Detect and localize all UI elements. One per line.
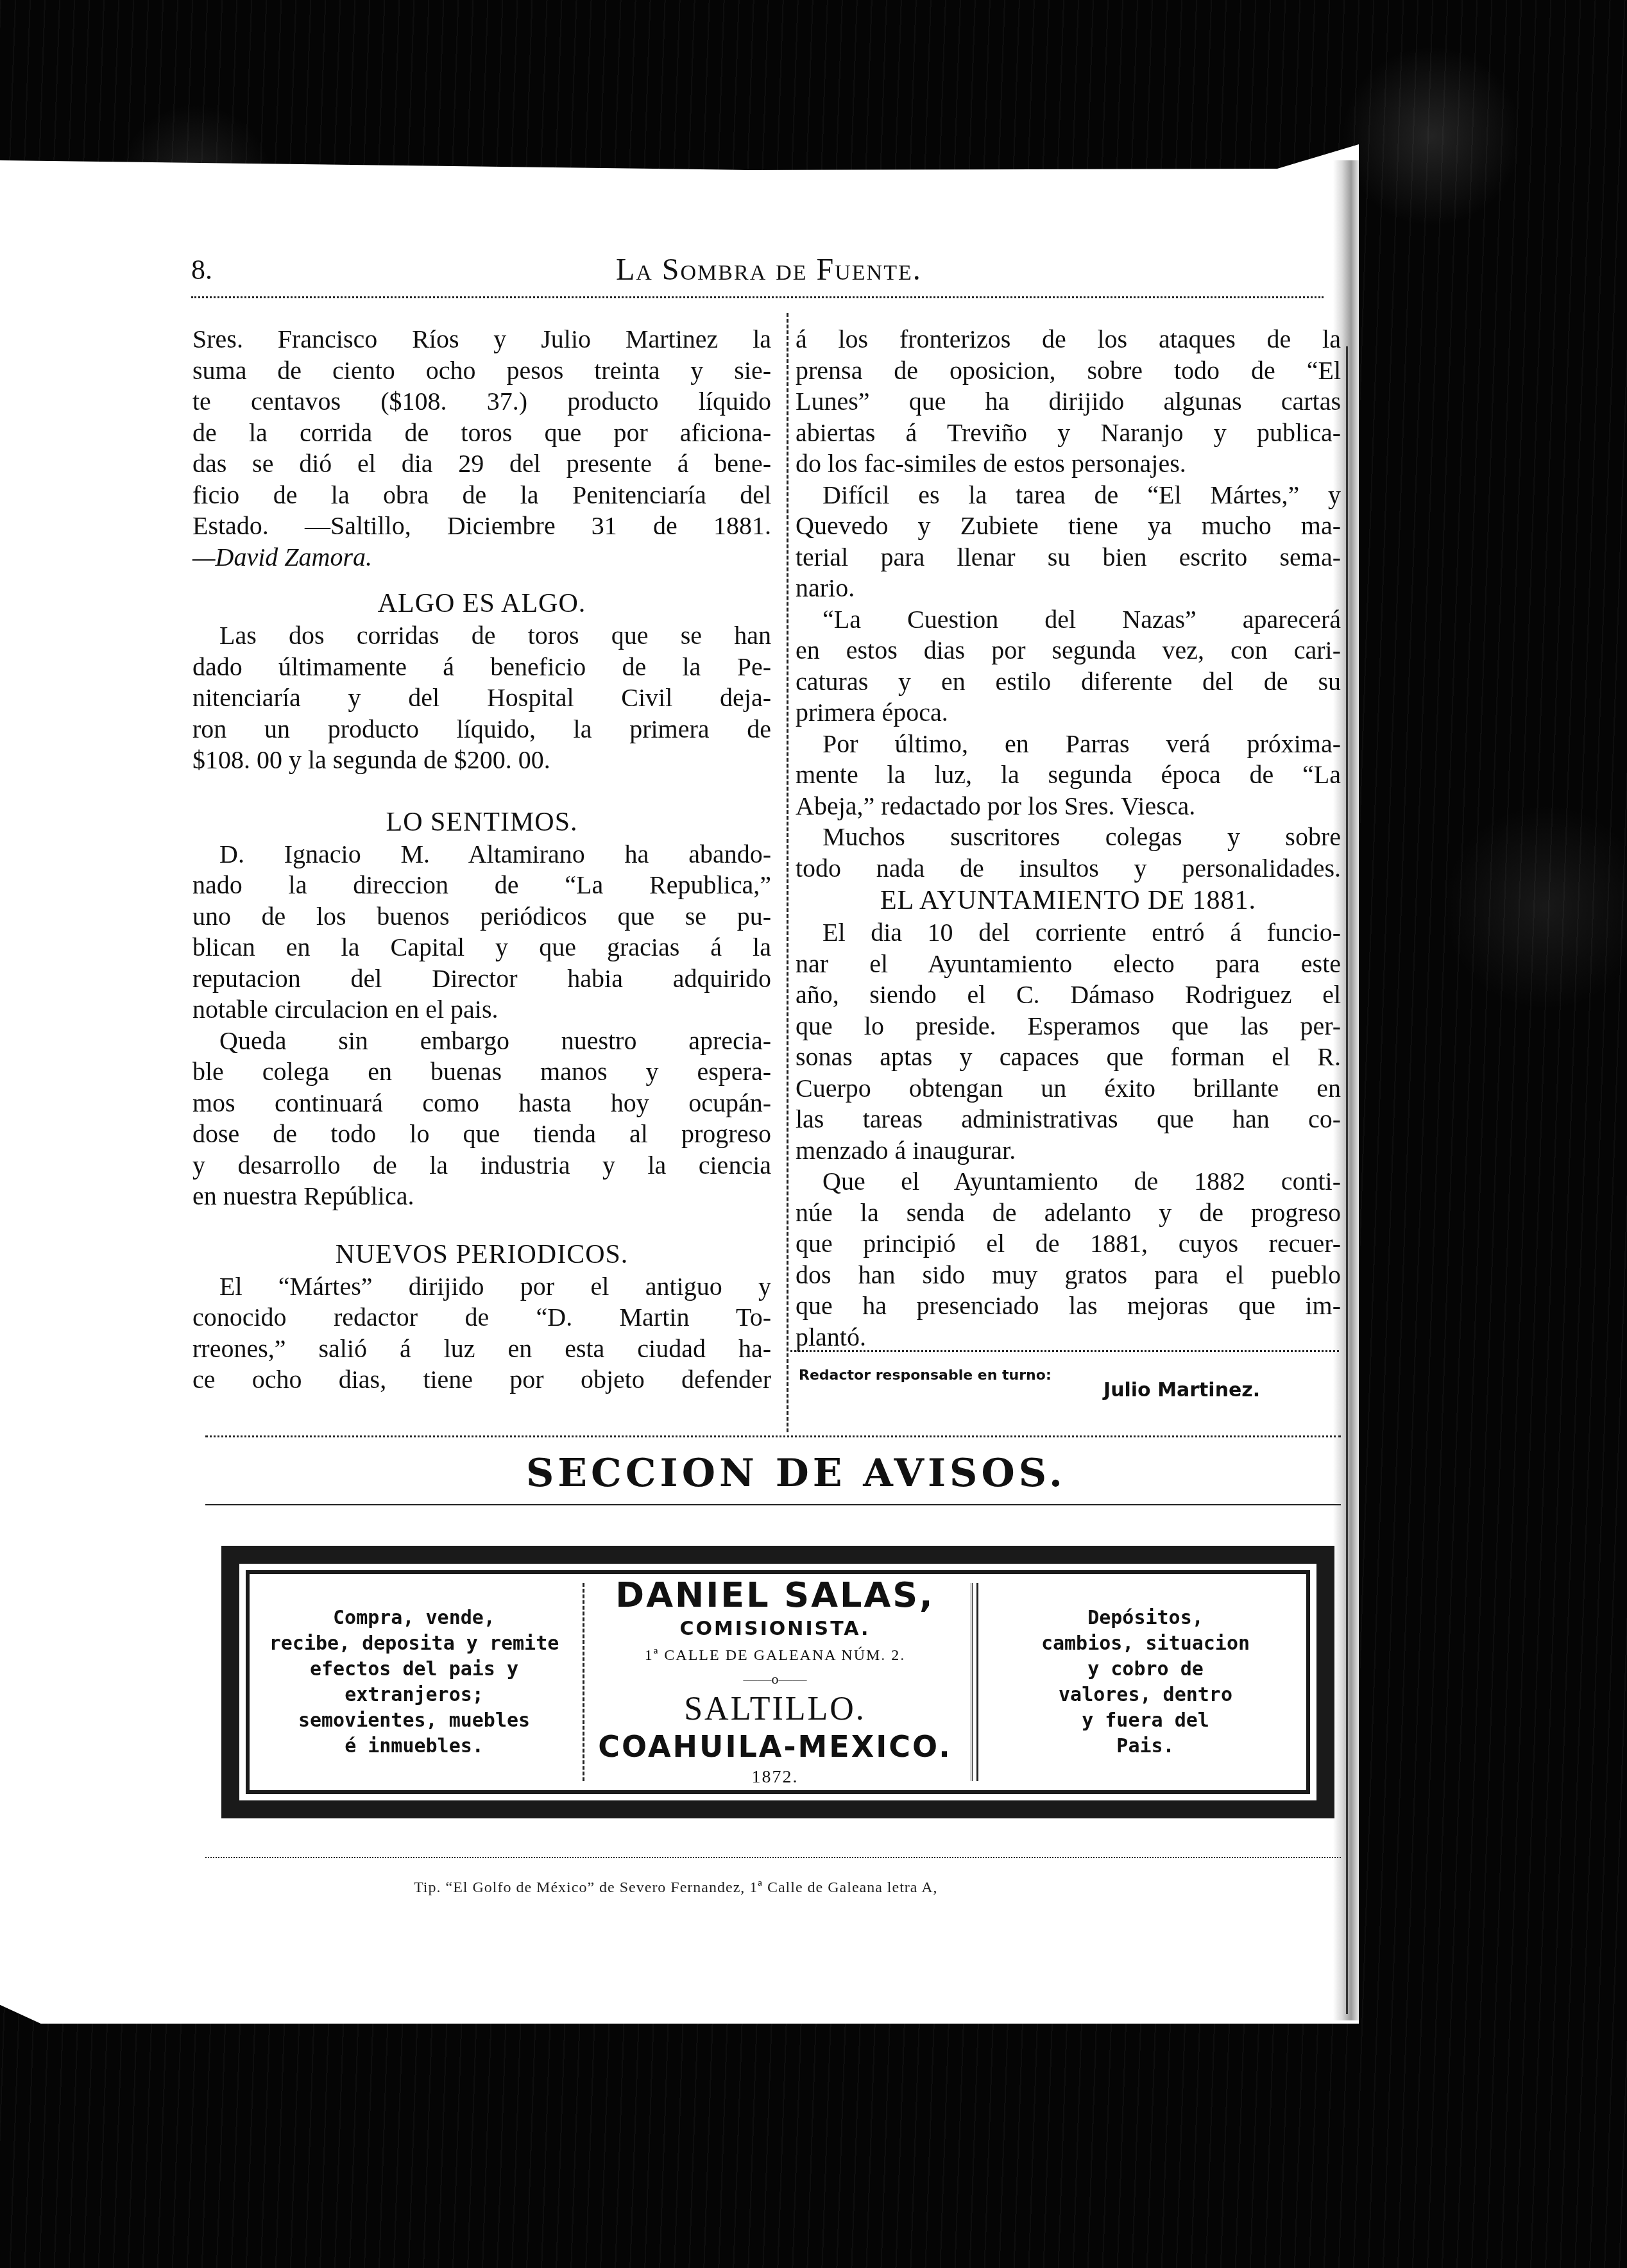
advertisement-box: Compra, vende, recibe, deposita y remite… <box>221 1546 1334 1818</box>
right-column: á los fronterizos de los ataques de la p… <box>796 324 1341 1353</box>
text-line: reputacion del Director habia adquirido <box>192 963 771 995</box>
text-line: Cuerpo obtengan un éxito brillante en <box>796 1073 1341 1104</box>
ad-services-left: Compra, vende, recibe, deposita y remite… <box>252 1583 576 1781</box>
text-line: menzado á inaugurar. <box>796 1135 1341 1167</box>
text-line: ble colega en buenas manos y espera- <box>192 1056 771 1088</box>
text-line: blican en la Capital y que gracias á la <box>192 932 771 963</box>
text-line: ron un producto líquido, la primera de <box>192 714 771 745</box>
text-line: y desarrollo de la industria y la cienci… <box>192 1150 771 1181</box>
ad-business-name: DANIEL SALAS, <box>615 1575 934 1616</box>
text-line: que ha presenciado las mejoras que im- <box>796 1291 1341 1322</box>
text-line: las tareas administrativas que han co- <box>796 1104 1341 1135</box>
text-line: á los fronterizos de los ataques de la <box>796 324 1341 355</box>
ad-text-line: é inmuebles. <box>345 1734 484 1759</box>
text-line: El dia 10 del corriente entró á funcio- <box>796 917 1341 949</box>
page-edge-line <box>1346 346 1348 2014</box>
text-line: uno de los buenos periódicos que se pu- <box>192 901 771 933</box>
ad-state-country: COAHUILA-MEXICO. <box>598 1729 951 1764</box>
text-line: ficio de la obra de la Penitenciaría del <box>192 480 771 511</box>
ad-city: SALTILLO. <box>684 1690 866 1729</box>
text-line: mos continuará como hasta hoy ocupán- <box>192 1088 771 1119</box>
article-heading-algo: ALGO ES ALGO. <box>192 587 771 620</box>
text-line: Las dos corridas de toros que se han <box>192 620 771 652</box>
imprint-rule <box>205 1857 1341 1858</box>
text-line: Lunes” que ha dirijido algunas cartas <box>796 386 1341 418</box>
redactor-label: Redactor responsable en turno: <box>799 1367 1052 1384</box>
ad-text-line: extranjeros; <box>345 1682 484 1708</box>
ad-text-line: y fuera del <box>1082 1708 1209 1734</box>
text-line: rreones,” salió á luz en esta ciudad ha- <box>192 1333 771 1365</box>
text-line: mente la luz, la segunda época de “La <box>796 759 1341 791</box>
ad-divider-left <box>583 1583 584 1781</box>
text-line: $108. 00 y la segunda de $200. 00. <box>192 745 771 776</box>
text-line: nitenciaría y del Hospital Civil deja- <box>192 682 771 714</box>
text-line: do los fac-similes de estos personajes. <box>796 448 1341 480</box>
column-divider <box>787 313 788 1432</box>
text-line: notable circulacion en el pais. <box>192 994 771 1026</box>
ad-business-card: DANIEL SALAS, COMISIONISTA. 1ª CALLE DE … <box>589 1583 961 1781</box>
text-line: dado últimamente á beneficio de la Pe- <box>192 652 771 683</box>
ad-text-line: Compra, vende, <box>333 1605 495 1631</box>
text-line: conocido redactor de “D. Martin To- <box>192 1302 771 1333</box>
ad-text-line: Depósitos, <box>1087 1605 1204 1631</box>
text-line: sonas aptas y capaces que forman el R. <box>796 1042 1341 1073</box>
section-rule-top <box>205 1435 1341 1437</box>
ad-text-line: valores, dentro <box>1059 1682 1232 1708</box>
ad-text-line: y cobro de <box>1087 1657 1204 1682</box>
text-line: dose de todo lo que tienda al progreso <box>192 1119 771 1150</box>
text-line: suma de ciento ocho pesos treinta y sie- <box>192 355 771 387</box>
section-rule-bottom <box>205 1504 1341 1505</box>
text-line: que lo preside. Esperamos que las per- <box>796 1011 1341 1042</box>
text-line: Que el Ayuntamiento de 1882 conti- <box>796 1166 1341 1197</box>
ad-text-line: Pais. <box>1116 1734 1174 1759</box>
article-heading-ayuntamiento: EL AYUNTAMIENTO DE 1881. <box>796 884 1341 917</box>
text-line: nario. <box>796 573 1341 604</box>
text-line: nar el Ayuntamiento electo para este <box>796 949 1341 980</box>
text-line: Queda sin embargo nuestro aprecia- <box>192 1026 771 1057</box>
ad-business-role: COMISIONISTA. <box>680 1616 871 1643</box>
ad-services-right: Depósitos, cambios, situacion y cobro de… <box>977 1583 1314 1781</box>
article-heading-periodicos: NUEVOS PERIODICOS. <box>192 1238 771 1271</box>
text-line: de la corrida de toros que por aficiona- <box>192 418 771 449</box>
text-line: Por último, en Parras verá próxima- <box>796 729 1341 760</box>
text-line: que principió el de 1881, cuyos recuer- <box>796 1228 1341 1260</box>
redactor-rule <box>790 1350 1339 1352</box>
text-line: “La Cuestion del Nazas” aparecerá <box>796 604 1341 636</box>
header-rule <box>191 296 1324 298</box>
text-line: Estado. —Saltillo, Diciembre 31 de 1881. <box>192 511 771 542</box>
text-line: Abeja,” redactado por los Sres. Viesca. <box>796 791 1341 822</box>
text-line: ce ocho dias, tiene por objeto defender <box>192 1364 771 1396</box>
ad-separator: ——o—— <box>744 1668 807 1690</box>
text-line: en nuestra República. <box>192 1181 771 1212</box>
ad-text-line: efectos del pais y <box>310 1657 518 1682</box>
article-heading-sentimos: LO SENTIMOS. <box>192 806 771 839</box>
text-line: caturas y en estilo diferente del de su <box>796 666 1341 698</box>
text-line: Muchos suscritores colegas y sobre <box>796 822 1341 853</box>
ad-text-line: cambios, situacion <box>1041 1631 1250 1657</box>
text-line: te centavos ($108. 37.) producto líquido <box>192 386 771 418</box>
text-line: prensa de oposicion, sobre todo de “El <box>796 355 1341 387</box>
ad-text-line: semovientes, muebles <box>298 1708 530 1734</box>
page-number: 8. <box>191 253 212 286</box>
text-line: D. Ignacio M. Altamirano ha abando- <box>192 839 771 870</box>
text-line: año, siendo el C. Dámaso Rodriguez el <box>796 979 1341 1011</box>
text-line: Sres. Francisco Ríos y Julio Martinez la <box>192 324 771 355</box>
ad-year: 1872. <box>752 1764 799 1790</box>
text-line: en estos dias por segunda vez, con cari- <box>796 635 1341 666</box>
redactor-name: Julio Martinez. <box>1103 1379 1260 1401</box>
text-line: primera época. <box>796 697 1341 729</box>
text-line: Difícil es la tarea de “El Mártes,” y <box>796 480 1341 511</box>
text-line: El “Mártes” dirijido por el antiguo y <box>192 1271 771 1303</box>
printer-imprint: Tip. “El Golfo de México” de Severo Fern… <box>414 1879 938 1897</box>
publication-title: La Sombra de Fuente. <box>616 252 922 287</box>
text-line: plantó. <box>796 1322 1341 1353</box>
section-title-avisos: SECCION DE AVISOS. <box>526 1451 1066 1496</box>
text-line: Quevedo y Zubiete tiene ya mucho ma- <box>796 511 1341 542</box>
text-line: abiertas á Treviño y Naranjo y publica- <box>796 418 1341 449</box>
text-line: das se dió el dia 29 del presente á bene… <box>192 448 771 480</box>
ad-address: 1ª CALLE DE GALEANA NÚM. 2. <box>645 1643 906 1668</box>
signature: —David Zamora. <box>192 542 771 573</box>
text-line: nado la direccion de “La Republica,” <box>192 870 771 901</box>
ad-text-line: recibe, deposita y remite <box>269 1631 559 1657</box>
text-line: terial para llenar su bien escrito sema- <box>796 542 1341 573</box>
text-line: dos han sido muy gratos para el pueblo <box>796 1260 1341 1291</box>
text-line: núe la senda de adelanto y de progreso <box>796 1197 1341 1229</box>
left-column: Sres. Francisco Ríos y Julio Martinez la… <box>192 324 771 1396</box>
text-line: todo nada de insultos y personalidades. <box>796 853 1341 884</box>
